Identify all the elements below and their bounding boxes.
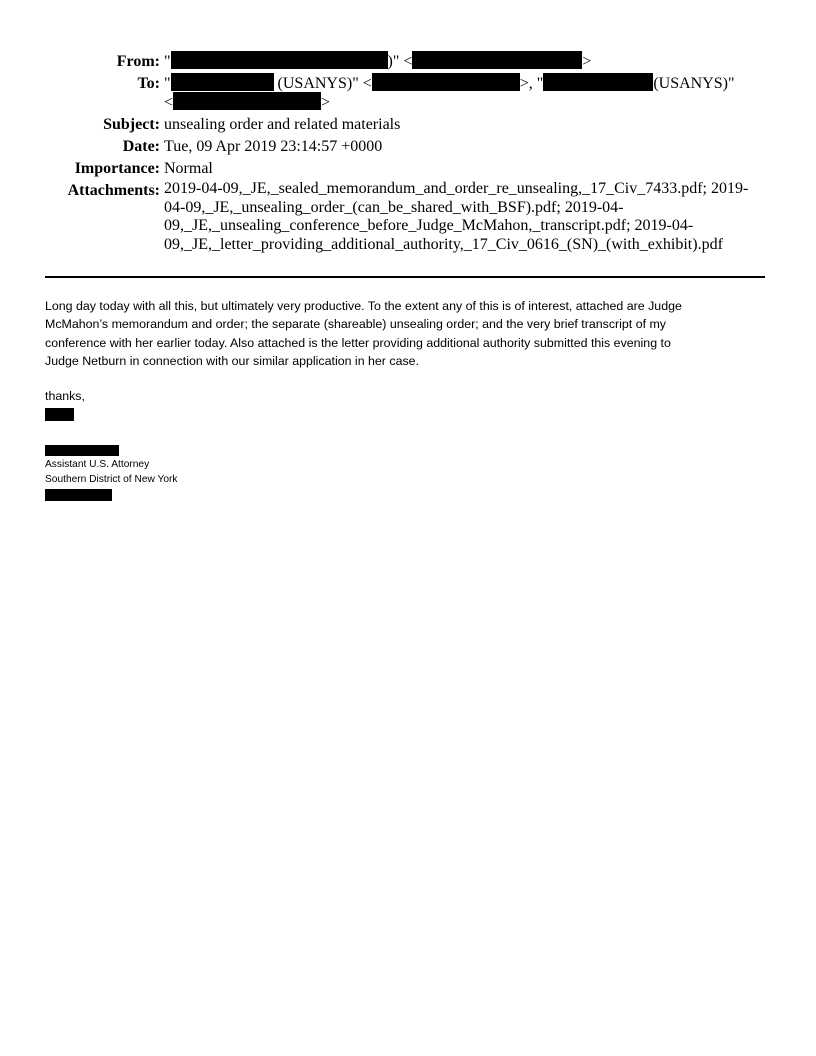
body-line: McMahon’s memorandum and order; the sepa… <box>45 315 765 333</box>
subject-value: unsealing order and related materials <box>164 114 764 136</box>
attachments-label: Attachments: <box>68 180 160 202</box>
date-value: Tue, 09 Apr 2019 23:14:57 +0000 <box>164 136 764 158</box>
redacted-sender-name <box>171 51 388 69</box>
attachment-line[interactable]: 2019-04-09,_JE,_sealed_memorandum_and_or… <box>164 180 764 199</box>
attachments-list: 2019-04-09,_JE,_sealed_memorandum_and_or… <box>164 180 764 254</box>
body-line: Judge Netburn in connection with our sim… <box>45 352 765 370</box>
body-line: conference with her earlier today. Also … <box>45 334 765 352</box>
redacted-recipient1-email <box>372 73 520 91</box>
header-divider <box>45 276 765 278</box>
redacted-recipient2-name <box>543 73 653 91</box>
body-line: Long day today with all this, but ultima… <box>45 297 765 315</box>
signature-office: Southern District of New York <box>45 472 178 487</box>
attachment-line[interactable]: 09,_JE,_unsealing_conference_before_Judg… <box>164 217 764 236</box>
email-body: Long day today with all this, but ultima… <box>45 297 765 370</box>
to-label: To: <box>137 73 160 95</box>
signature-title: Assistant U.S. Attorney <box>45 457 149 472</box>
redacted-signer-phone <box>45 489 112 501</box>
from-value: ")" <> <box>164 51 764 73</box>
attachment-line[interactable]: 04-09,_JE,_unsealing_order_(can_be_share… <box>164 199 764 218</box>
importance-value: Normal <box>164 158 764 180</box>
redacted-recipient1-name <box>171 73 274 91</box>
subject-label: Subject: <box>103 114 160 136</box>
attachment-line[interactable]: 09,_JE,_letter_providing_additional_auth… <box>164 236 764 255</box>
redacted-signer-full-name <box>45 445 119 456</box>
redacted-signer-first-name <box>45 408 74 421</box>
closing-text: thanks, <box>45 387 85 405</box>
date-label: Date: <box>123 136 160 158</box>
redacted-sender-email <box>412 51 582 69</box>
importance-label: Importance: <box>75 158 160 180</box>
from-label: From: <box>117 51 160 73</box>
redacted-recipient2-email <box>173 92 321 110</box>
